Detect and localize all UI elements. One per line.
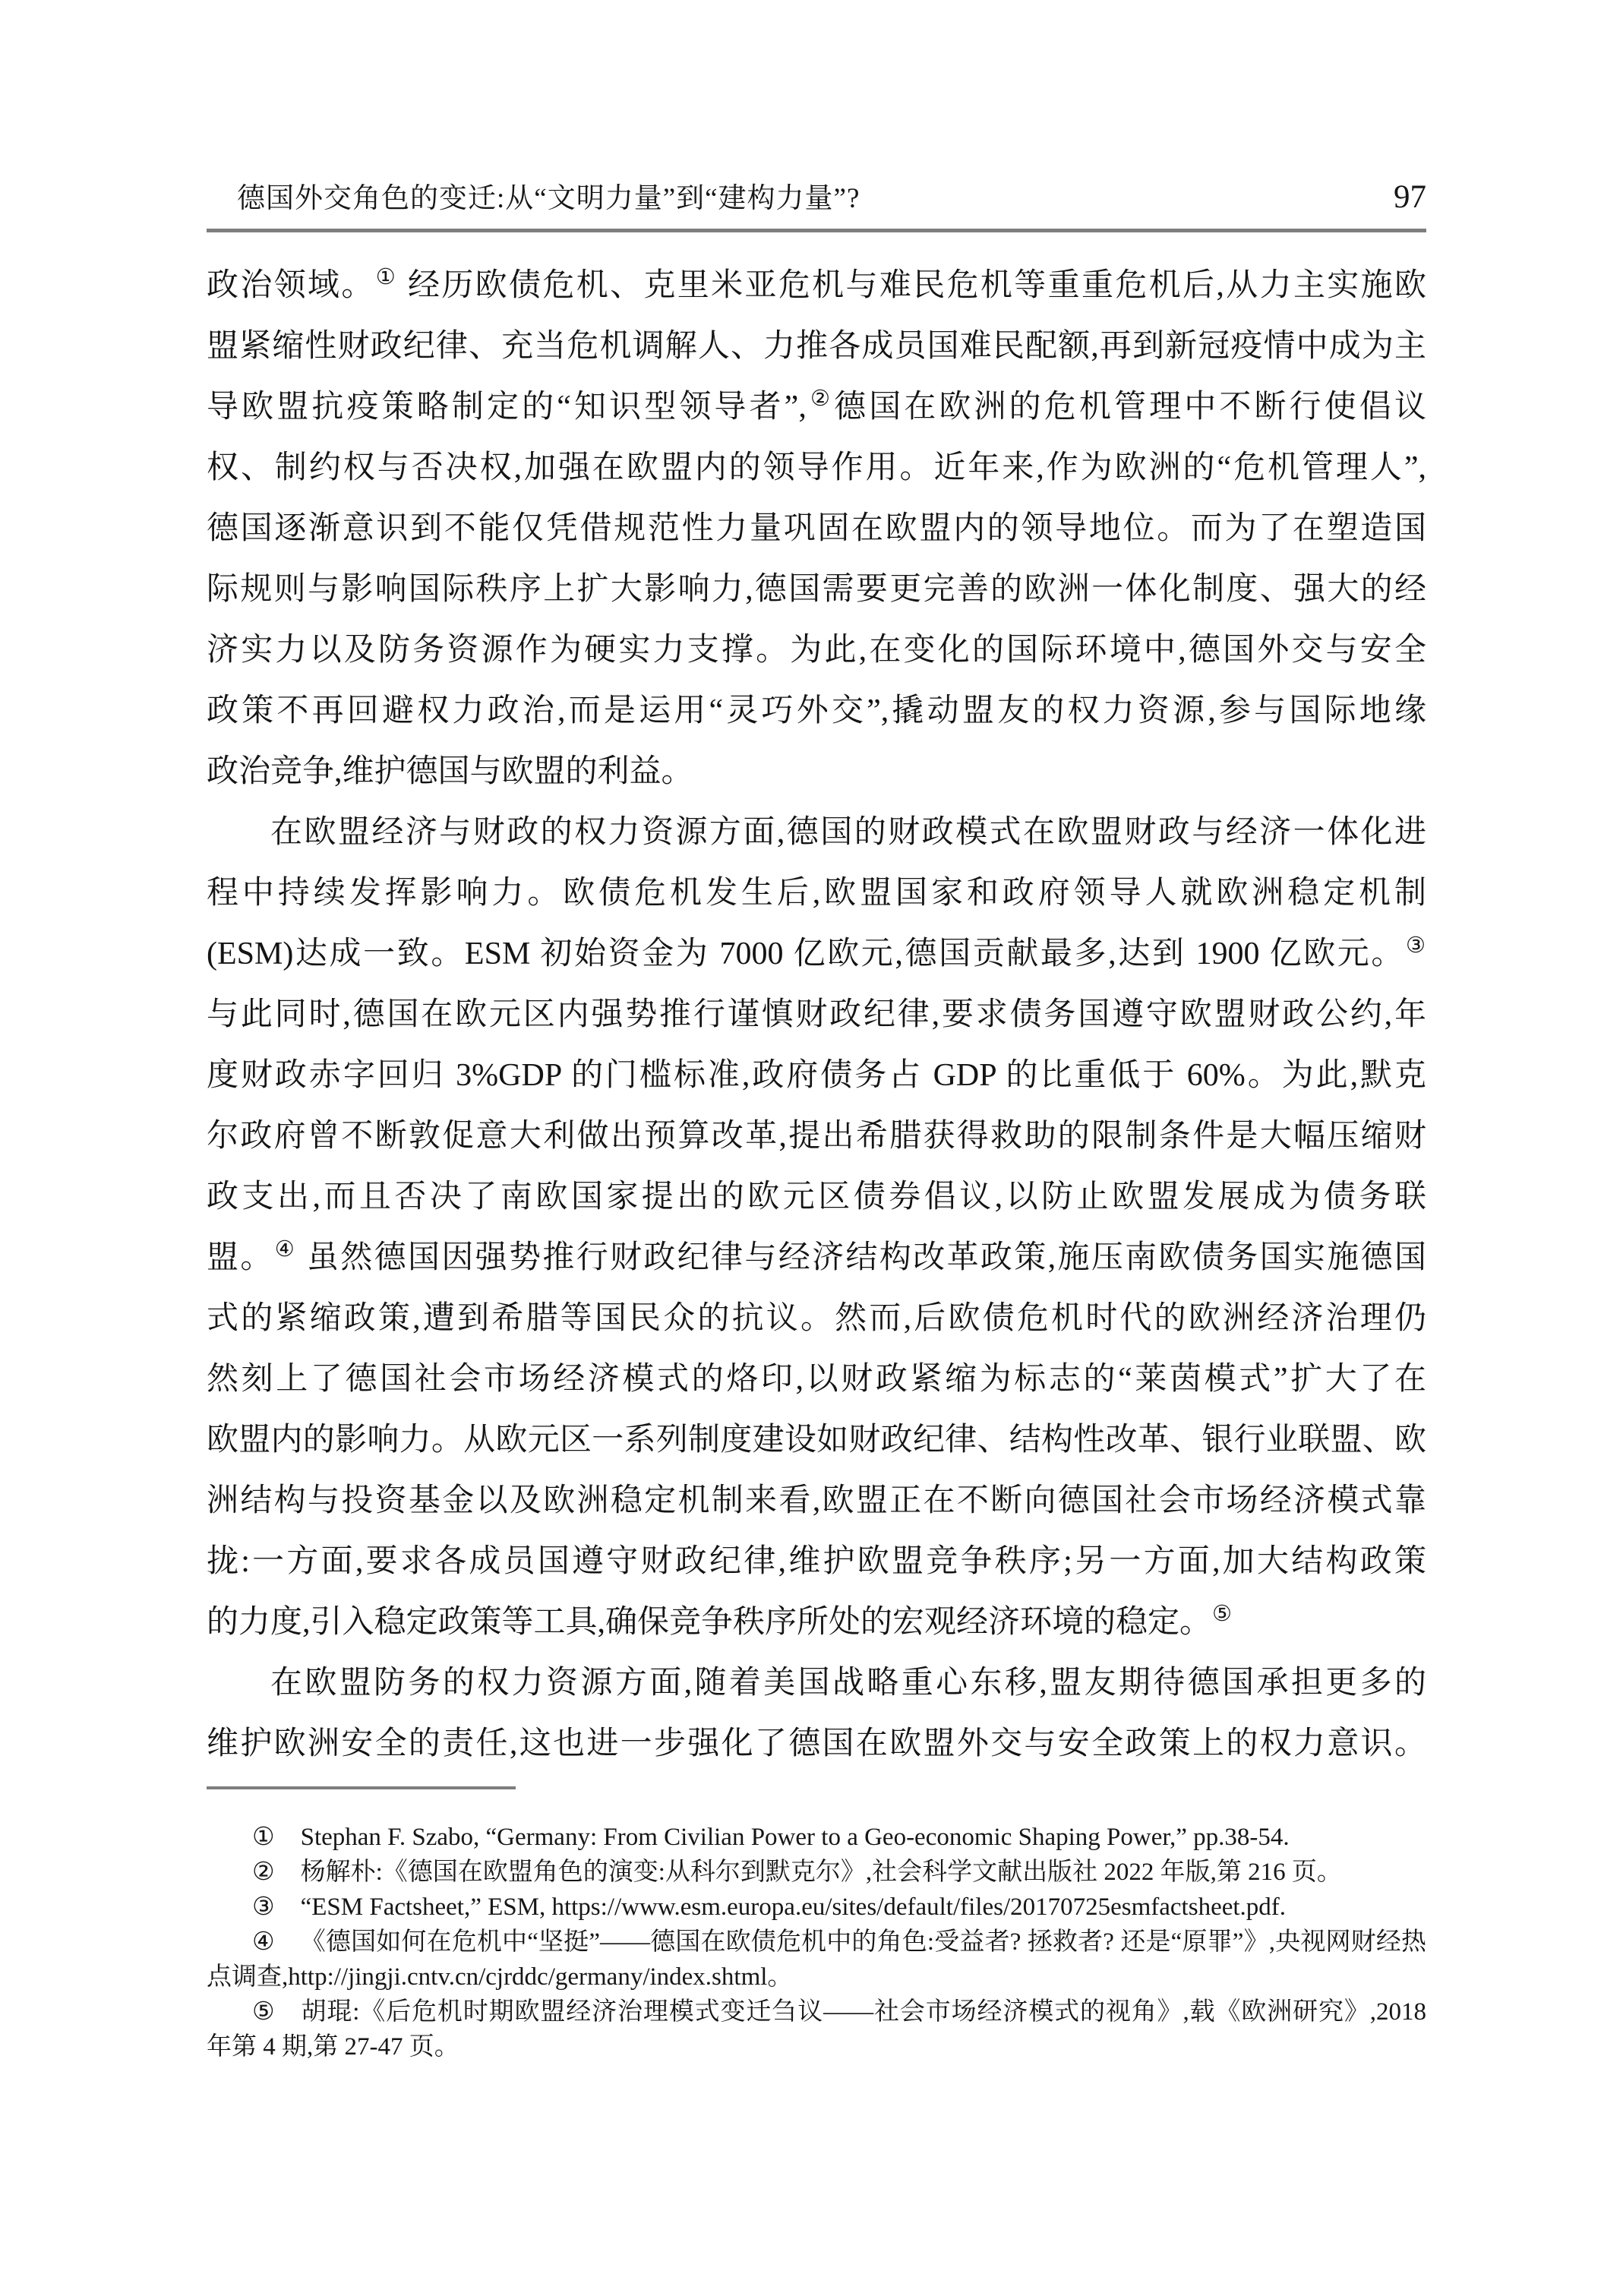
footnote-separator: [207, 1786, 516, 1789]
footnote-item: ③“ESM Factsheet,” ESM, https://www.esm.e…: [207, 1890, 1426, 1925]
body-text-segment: 际规则与影响国际秩序上扩大影响力,德国需要更完善的欧洲一体化制度、强大的经: [207, 572, 1426, 607]
body-line: 与此同时,德国在欧元区内强势推行谨慎财政纪律,要求债务国遵守欧盟财政公约,年: [207, 984, 1426, 1045]
footnote-text: 胡琨:《后危机时期欧盟经济治理模式变迁刍议——社会市场经济模式的视角》,载《欧洲…: [207, 1998, 1426, 2061]
footnote-marker: ②: [252, 1859, 275, 1886]
body-text-segment: 德国逐渐意识到不能仅凭借规范性力量巩固在欧盟内的领导地位。而为了在塑造国: [207, 511, 1426, 546]
page-header: 德国外交角色的变迁:从“文明力量”到“建构力量”? 97: [207, 178, 1426, 219]
footnote-text: “ESM Factsheet,” ESM, https://www.esm.eu…: [301, 1893, 1286, 1921]
footnote-text: 《德国如何在危机中“坚挺”——德国在欧债危机中的角色:受益者? 拯救者? 还是“…: [207, 1928, 1426, 1991]
body-line: 盟。④ 虽然德国因强势推行财政纪律与经济结构改革政策,施压南欧债务国实施德国: [207, 1227, 1426, 1288]
body-text-segment: 虽然德国因强势推行财政纪律与经济结构改革政策,施压南欧债务国实施德国: [297, 1240, 1426, 1275]
body-line: 维护欧洲安全的责任,这也进一步强化了德国在欧盟外交与安全政策上的权力意识。: [207, 1713, 1426, 1774]
body-text-segment: 政支出,而且否决了南欧国家提出的欧元区债券倡议,以防止欧盟发展成为债务联: [207, 1180, 1426, 1214]
footnote-ref: ②: [807, 387, 834, 411]
footnote-marker: ①: [252, 1824, 275, 1851]
footnote-ref: ⑤: [1211, 1602, 1233, 1626]
footnote-ref: ④: [274, 1237, 297, 1262]
footnote-text: 杨解朴:《德国在欧盟角色的演变:从科尔到默克尔》,社会科学文献出版社 2022 …: [301, 1859, 1342, 1886]
footnote-marker: ④: [252, 1928, 275, 1956]
body-line: 在欧盟经济与财政的权力资源方面,德国的财政模式在欧盟财政与经济一体化进: [207, 802, 1426, 863]
body-line: 然刻上了德国社会市场经济模式的烙印,以财政紧缩为标志的“莱茵模式”扩大了在: [207, 1349, 1426, 1410]
body-line: 导欧盟抗疫策略制定的“知识型领导者”,②德国在欧洲的危机管理中不断行使倡议: [207, 377, 1426, 437]
text-column: 德国外交角色的变迁:从“文明力量”到“建构力量”? 97 政治领域。① 经历欧债…: [207, 0, 1426, 2296]
body-text-segment: 欧盟内的影响力。从欧元区一系列制度建设如财政纪律、结构性改革、银行业联盟、欧: [207, 1423, 1426, 1458]
footnote-item: ②杨解朴:《德国在欧盟角色的演变:从科尔到默克尔》,社会科学文献出版社 2022…: [207, 1855, 1426, 1890]
body-text-segment: 经历欧债危机、克里米亚危机与难民危机等重重危机后,从力主实施欧: [398, 268, 1426, 303]
body-line: 尔政府曾不断敦促意大利做出预算改革,提出希腊获得救助的限制条件是大幅压缩财: [207, 1106, 1426, 1167]
body-line: 的力度,引入稳定政策等工具,确保竞争秩序所处的宏观经济环境的稳定。⑤: [207, 1592, 1426, 1653]
body-text-segment: 维护欧洲安全的责任,这也进一步强化了德国在欧盟外交与安全政策上的权力意识。: [207, 1726, 1426, 1761]
body-text-segment: 然刻上了德国社会市场经济模式的烙印,以财政紧缩为标志的“莱茵模式”扩大了在: [207, 1362, 1426, 1397]
footnote-ref: ③: [1405, 933, 1426, 958]
body-line: 度财政赤字回归 3%GDP 的门槛标准,政府债务占 GDP 的比重低于 60%。…: [207, 1045, 1426, 1106]
body-line: 盟紧缩性财政纪律、充当危机调解人、力推各成员国难民配额,再到新冠疫情中成为主: [207, 316, 1426, 377]
body-line: 政策不再回避权力政治,而是运用“灵巧外交”,撬动盟友的权力资源,参与国际地缘: [207, 681, 1426, 741]
page-number: 97: [1394, 178, 1426, 217]
body-text-segment: 与此同时,德国在欧元区内强势推行谨慎财政纪律,要求债务国遵守欧盟财政公约,年: [207, 997, 1426, 1032]
body-text-segment: 盟紧缩性财政纪律、充当危机调解人、力推各成员国难民配额,再到新冠疫情中成为主: [207, 329, 1426, 364]
footnote-item: ①Stephan F. Szabo, “Germany: From Civili…: [207, 1820, 1426, 1855]
running-title: 德国外交角色的变迁:从“文明力量”到“建构力量”?: [207, 179, 860, 219]
body-text-segment: 盟。: [207, 1240, 274, 1275]
footnote-item: ⑤胡琨:《后危机时期欧盟经济治理模式变迁刍议——社会市场经济模式的视角》,载《欧…: [207, 1994, 1426, 2064]
body-text-segment: 式的紧缩政策,遭到希腊等国民众的抗议。然而,后欧债危机时代的欧洲经济治理仍: [207, 1301, 1426, 1336]
body-text-segment: 德国在欧洲的危机管理中不断行使倡议: [834, 390, 1426, 425]
body-line: 式的紧缩政策,遭到希腊等国民众的抗议。然而,后欧债危机时代的欧洲经济治理仍: [207, 1288, 1426, 1349]
body-line: 程中持续发挥影响力。欧债危机发生后,欧盟国家和政府领导人就欧洲稳定机制: [207, 863, 1426, 924]
body-text-segment: 的力度,引入稳定政策等工具,确保竞争秩序所处的宏观经济环境的稳定。: [207, 1605, 1211, 1640]
body-text-segment: 权、制约权与否决权,加强在欧盟内的领导作用。近年来,作为欧洲的“危机管理人”,: [207, 450, 1426, 485]
body-text-segment: 程中持续发挥影响力。欧债危机发生后,欧盟国家和政府领导人就欧洲稳定机制: [207, 876, 1426, 911]
body-text-segment: 拢:一方面,要求各成员国遵守财政纪律,维护欧盟竞争秩序;另一方面,加大结构政策: [207, 1544, 1426, 1579]
body-line: 政支出,而且否决了南欧国家提出的欧元区债券倡议,以防止欧盟发展成为债务联: [207, 1167, 1426, 1227]
body-text-segment: 政治竞争,维护德国与欧盟的利益。: [207, 754, 693, 789]
body-line: 政治竞争,维护德国与欧盟的利益。: [207, 741, 1426, 802]
footnote-list: ①Stephan F. Szabo, “Germany: From Civili…: [207, 1820, 1426, 2064]
footnote-ref: ①: [375, 265, 398, 289]
footnotes-section: ①Stephan F. Szabo, “Germany: From Civili…: [207, 1786, 1426, 2064]
footnote-text: Stephan F. Szabo, “Germany: From Civilia…: [301, 1824, 1290, 1851]
body-line: 际规则与影响国际秩序上扩大影响力,德国需要更完善的欧洲一体化制度、强大的经: [207, 559, 1426, 620]
body-line: 德国逐渐意识到不能仅凭借规范性力量巩固在欧盟内的领导地位。而为了在塑造国: [207, 498, 1426, 559]
body-text-segment: 在欧盟防务的权力资源方面,随着美国战略重心东移,盟友期待德国承担更多的: [270, 1666, 1426, 1701]
footnote-marker: ③: [252, 1893, 275, 1921]
body-line: 洲结构与投资基金以及欧洲稳定机制来看,欧盟正在不断向德国社会市场经济模式靠: [207, 1470, 1426, 1531]
footnote-marker: ⑤: [252, 1998, 275, 2026]
body-text-segment: 洲结构与投资基金以及欧洲稳定机制来看,欧盟正在不断向德国社会市场经济模式靠: [207, 1483, 1426, 1518]
body-text-segment: 尔政府曾不断敦促意大利做出预算改革,提出希腊获得救助的限制条件是大幅压缩财: [207, 1119, 1426, 1154]
body-line: 在欧盟防务的权力资源方面,随着美国战略重心东移,盟友期待德国承担更多的: [207, 1653, 1426, 1713]
body-text-segment: 政治领域。: [207, 268, 375, 303]
body-line: (ESM)达成一致。ESM 初始资金为 7000 亿欧元,德国贡献最多,达到 1…: [207, 924, 1426, 984]
body-text-segment: 政策不再回避权力政治,而是运用“灵巧外交”,撬动盟友的权力资源,参与国际地缘: [207, 693, 1426, 728]
body-text-segment: 济实力以及防务资源作为硬实力支撑。为此,在变化的国际环境中,德国外交与安全: [207, 633, 1426, 668]
document-page: 德国外交角色的变迁:从“文明力量”到“建构力量”? 97 政治领域。① 经历欧债…: [0, 0, 1623, 2296]
header-rule: [207, 229, 1426, 232]
footnote-item: ④《德国如何在危机中“坚挺”——德国在欧债危机中的角色:受益者? 拯救者? 还是…: [207, 1925, 1426, 1994]
body-text-segment: 在欧盟经济与财政的权力资源方面,德国的财政模式在欧盟财政与经济一体化进: [270, 815, 1426, 850]
body-line: 济实力以及防务资源作为硬实力支撑。为此,在变化的国际环境中,德国外交与安全: [207, 620, 1426, 681]
body-line: 权、制约权与否决权,加强在欧盟内的领导作用。近年来,作为欧洲的“危机管理人”,: [207, 437, 1426, 498]
body-text-segment: 导欧盟抗疫策略制定的“知识型领导者”,: [207, 390, 807, 425]
body-line: 政治领域。① 经历欧债危机、克里米亚危机与难民危机等重重危机后,从力主实施欧: [207, 255, 1426, 316]
body-text-segment: 度财政赤字回归 3%GDP 的门槛标准,政府债务占 GDP 的比重低于 60%。…: [207, 1058, 1426, 1093]
body-line: 欧盟内的影响力。从欧元区一系列制度建设如财政纪律、结构性改革、银行业联盟、欧: [207, 1410, 1426, 1470]
body-line: 拢:一方面,要求各成员国遵守财政纪律,维护欧盟竞争秩序;另一方面,加大结构政策: [207, 1531, 1426, 1592]
article-body: 政治领域。① 经历欧债危机、克里米亚危机与难民危机等重重危机后,从力主实施欧盟紧…: [207, 255, 1426, 1774]
body-text-segment: (ESM)达成一致。ESM 初始资金为 7000 亿欧元,德国贡献最多,达到 1…: [207, 936, 1405, 971]
